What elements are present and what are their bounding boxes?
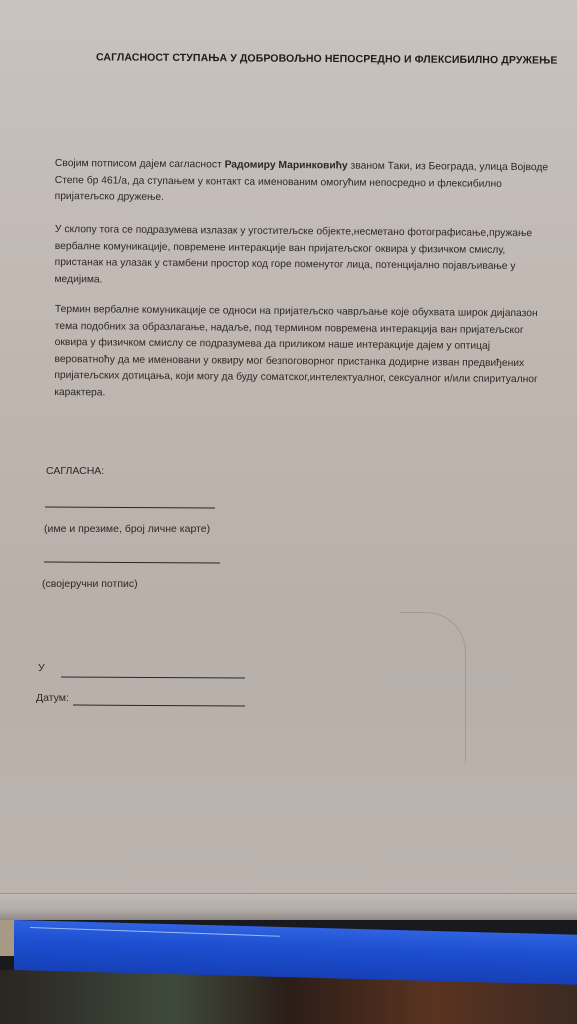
date-label: Датум: [36,692,69,704]
paragraph-scope: У склопу тога се подразумева излазак у у… [54,222,577,293]
text-span: Својим потписом дајем сагласност [55,158,225,170]
text-span: званом Таки, из Београда, улица Војводе [348,161,548,174]
paragraph-consent: Својим потписом дајем сагласност Радомир… [55,156,577,210]
paper-sheet [0,0,577,920]
person-name: Радомиру Маринковићу [225,159,348,171]
consent-label: САГЛАСНА: [46,465,104,477]
name-caption: (име и презиме, број личне карте) [44,523,210,535]
paragraph-terms: Термин вербалне комуникације се односи н… [54,302,577,406]
place-label: У [38,662,45,674]
paper-crease [400,612,466,763]
signature-caption: (својеручни потпис) [42,578,138,590]
paper-stack-edge [0,893,577,920]
